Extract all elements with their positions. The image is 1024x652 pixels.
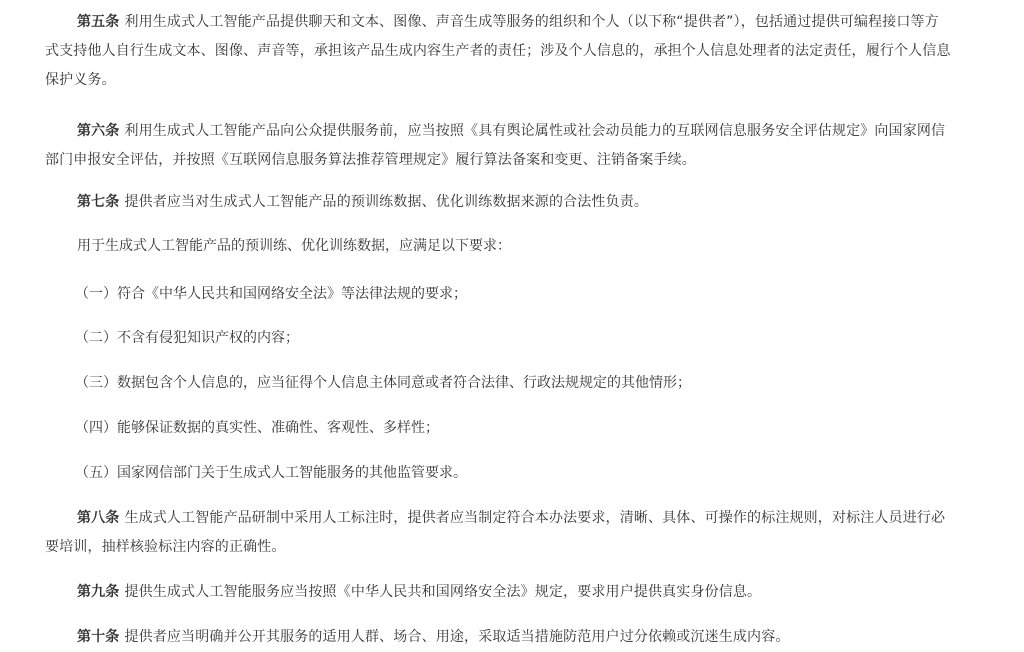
article-9: 第九条提供生成式人工智能服务应当按照《中华人民共和国网络安全法》规定，要求用户提… <box>45 578 980 607</box>
article-line: 保护义务。 <box>45 66 980 95</box>
article-number: 第九条 <box>77 584 119 600</box>
requirement-item-4: （四）能够保证数据的真实性、准确性、客观性、多样性； <box>75 414 439 443</box>
article-8: 第八条生成式人工智能产品研制中采用人工标注时，提供者应当制定符合本办法要求，清晰… <box>45 504 980 562</box>
article-text: 提供者应当明确并公开其服务的适用人群、场合、用途，采取适当措施防范用户过分依赖或… <box>124 629 789 645</box>
article-line: 要培训，抽样核验标注内容的正确性。 <box>45 533 980 562</box>
article-text: 生成式人工智能产品研制中采用人工标注时，提供者应当制定符合本办法要求，清晰、具体… <box>124 510 945 526</box>
article-number: 第十条 <box>77 629 119 645</box>
requirement-item-3: （三）数据包含个人信息的，应当征得个人信息主体同意或者符合法律、行政法规规定的其… <box>75 369 691 398</box>
article-number: 第六条 <box>77 123 119 139</box>
article-line: 第五条利用生成式人工智能产品提供聊天和文本、图像、声音生成等服务的组织和个人（以… <box>45 8 980 37</box>
regulation-document: 第五条利用生成式人工智能产品提供聊天和文本、图像、声音生成等服务的组织和个人（以… <box>0 0 1024 652</box>
article-text: 提供者应当对生成式人工智能产品的预训练数据、优化训练数据来源的合法性负责。 <box>124 194 648 210</box>
article-text: 利用生成式人工智能产品提供聊天和文本、图像、声音生成等服务的组织和个人（以下称“… <box>124 14 938 30</box>
article-6: 第六条利用生成式人工智能产品向公众提供服务前，应当按照《具有舆论属性或社会动员能… <box>45 117 980 175</box>
requirement-item-5: （五）国家网信部门关于生成式人工智能服务的其他监管要求。 <box>75 459 467 488</box>
requirement-item-2: （二）不含有侵犯知识产权的内容； <box>75 324 299 353</box>
article-line: 第九条提供生成式人工智能服务应当按照《中华人民共和国网络安全法》规定，要求用户提… <box>45 578 980 607</box>
article-number: 第七条 <box>77 194 119 210</box>
article-text: 利用生成式人工智能产品向公众提供服务前，应当按照《具有舆论属性或社会动员能力的互… <box>124 123 945 139</box>
article-line: 第六条利用生成式人工智能产品向公众提供服务前，应当按照《具有舆论属性或社会动员能… <box>45 117 980 146</box>
article-line: 部门申报安全评估，并按照《互联网信息服务算法推荐管理规定》履行算法备案和变更、注… <box>45 146 980 175</box>
article-5: 第五条利用生成式人工智能产品提供聊天和文本、图像、声音生成等服务的组织和个人（以… <box>45 8 980 95</box>
article-line: 第十条提供者应当明确并公开其服务的适用人群、场合、用途，采取适当措施防范用户过分… <box>45 623 980 652</box>
article-number: 第五条 <box>77 14 119 30</box>
requirement-item-1: （一）符合《中华人民共和国网络安全法》等法律法规的要求； <box>75 280 467 309</box>
article-7: 第七条提供者应当对生成式人工智能产品的预训练数据、优化训练数据来源的合法性负责。 <box>45 188 980 217</box>
article-text: 提供生成式人工智能服务应当按照《中华人民共和国网络安全法》规定，要求用户提供真实… <box>124 584 761 600</box>
article-number: 第八条 <box>77 510 119 526</box>
article-7-intro: 用于生成式人工智能产品的预训练、优化训练数据，应满足以下要求： <box>77 232 511 261</box>
article-line: 式支持他人自行生成文本、图像、声音等，承担该产品生成内容生产者的责任；涉及个人信… <box>45 37 980 66</box>
article-10: 第十条提供者应当明确并公开其服务的适用人群、场合、用途，采取适当措施防范用户过分… <box>45 623 980 652</box>
article-line: 第七条提供者应当对生成式人工智能产品的预训练数据、优化训练数据来源的合法性负责。 <box>45 188 980 217</box>
article-line: 第八条生成式人工智能产品研制中采用人工标注时，提供者应当制定符合本办法要求，清晰… <box>45 504 980 533</box>
